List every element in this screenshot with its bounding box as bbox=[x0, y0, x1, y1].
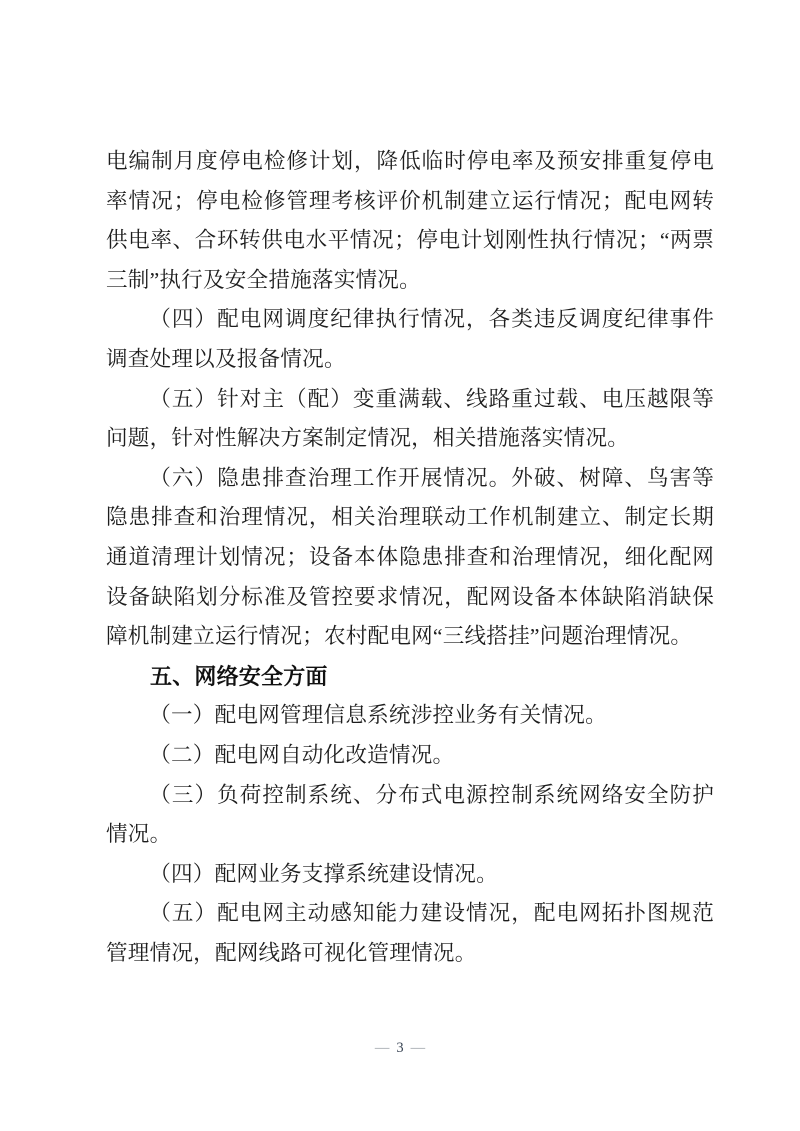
paragraph-continuation: 电编制月度停电检修计划，降低临时停电率及预安排重复停电率情况；停电检修管理考核评… bbox=[106, 142, 714, 300]
paragraph-item-6-hazard-management: （六）隐患排查治理工作开展情况。外破、树障、鸟害等隐患排查和治理情况，相关治理联… bbox=[106, 459, 714, 657]
footer-right-dash: — bbox=[411, 1040, 426, 1056]
footer-left-dash: — bbox=[375, 1040, 390, 1056]
paragraph-item-5-overload-issues: （五）针对主（配）变重满载、线路重过载、电压越限等问题，针对性解决方案制定情况，… bbox=[106, 380, 714, 459]
document-page: 电编制月度停电检修计划，降低临时停电率及预安排重复停电率情况；停电检修管理考核评… bbox=[0, 0, 800, 1131]
paragraph-item-1-info-system: （一）配电网管理信息系统涉控业务有关情况。 bbox=[106, 696, 714, 736]
section-heading-network-security: 五、网络安全方面 bbox=[106, 657, 714, 697]
page-footer: —3— bbox=[0, 1038, 800, 1058]
document-body: 电编制月度停电检修计划，降低临时停电率及预安排重复停电率情况；停电检修管理考核评… bbox=[106, 142, 714, 973]
paragraph-item-2-automation: （二）配电网自动化改造情况。 bbox=[106, 736, 714, 776]
paragraph-item-5-active-sensing: （五）配电网主动感知能力建设情况，配电网拓扑图规范管理情况，配网线路可视化管理情… bbox=[106, 894, 714, 973]
paragraph-item-3-security-protection: （三）负荷控制系统、分布式电源控制系统网络安全防护情况。 bbox=[106, 776, 714, 855]
page-number: 3 bbox=[396, 1040, 403, 1056]
paragraph-item-4-support-system: （四）配网业务支撑系统建设情况。 bbox=[106, 855, 714, 895]
paragraph-item-4-dispatch-discipline: （四）配电网调度纪律执行情况，各类违反调度纪律事件调查处理以及报备情况。 bbox=[106, 300, 714, 379]
